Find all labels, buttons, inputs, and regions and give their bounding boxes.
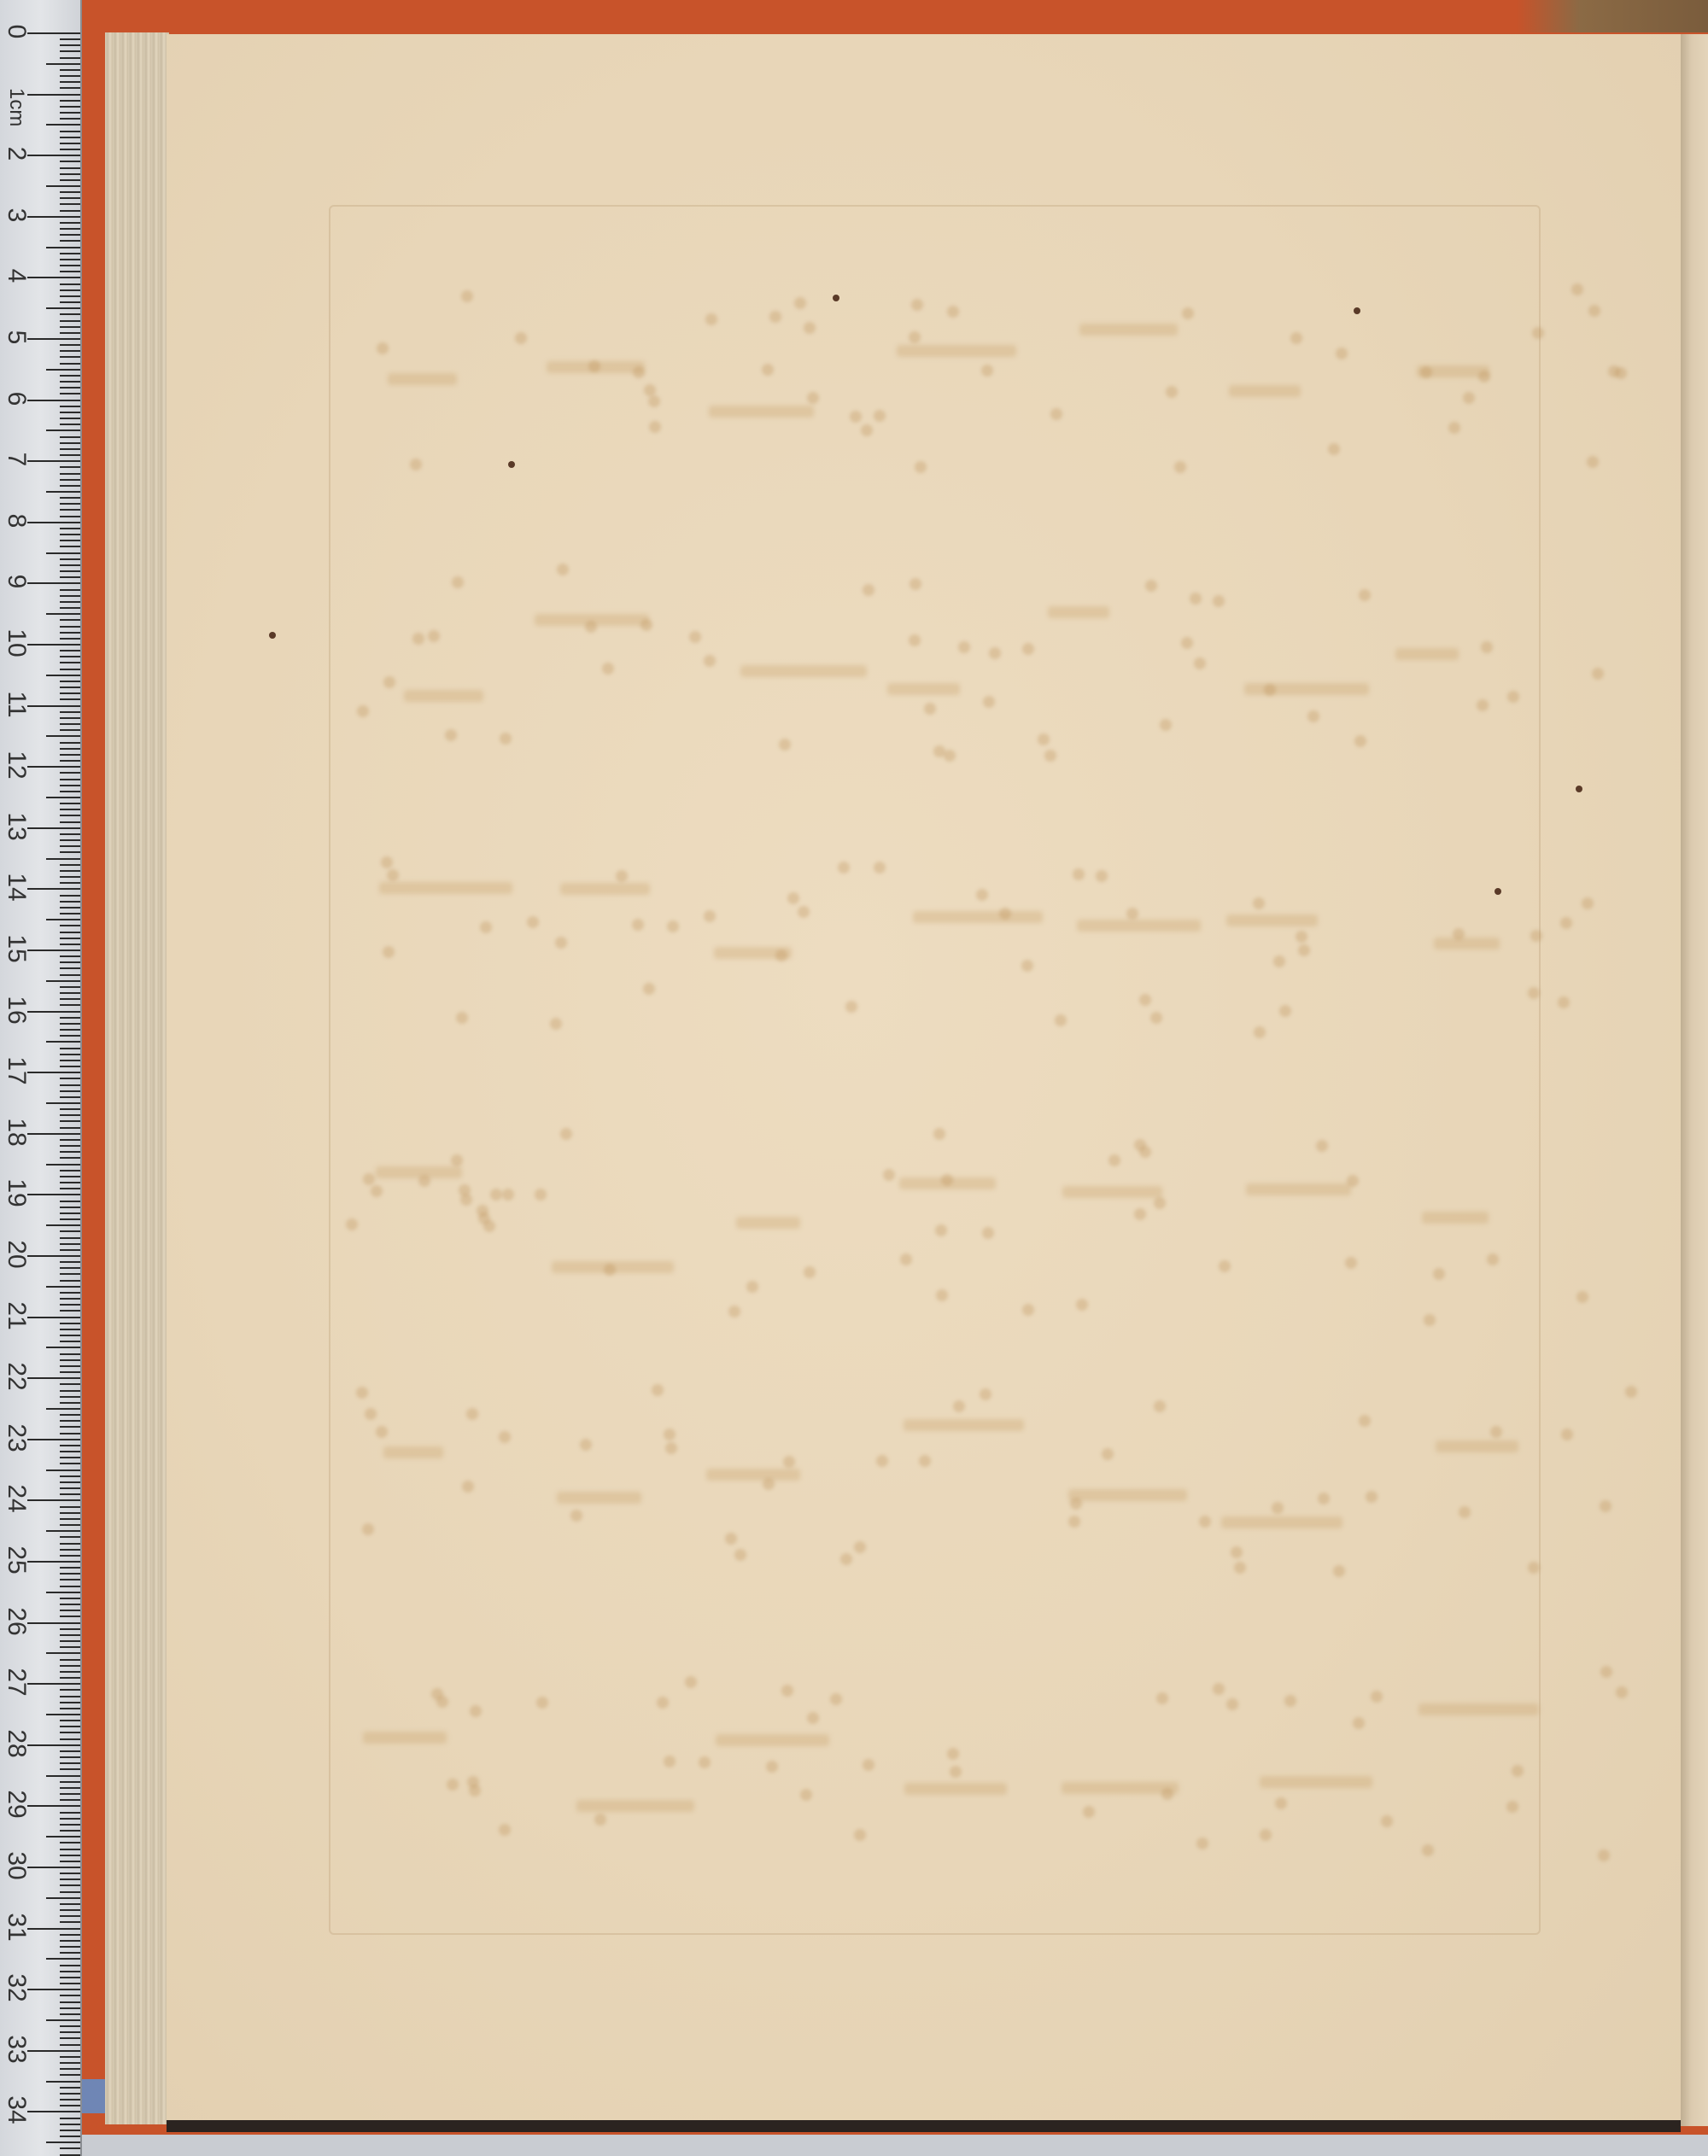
show-through-note <box>1055 1014 1067 1026</box>
ruler-tick <box>60 1084 80 1086</box>
ruler-tick <box>60 895 80 897</box>
ruler-tick <box>60 576 80 578</box>
book-cover-top-edge <box>111 0 1708 32</box>
ruler-tick <box>60 669 80 670</box>
ruler-tick <box>60 1230 80 1232</box>
show-through-note <box>1366 1491 1378 1503</box>
foxing-speck <box>1576 786 1582 792</box>
show-through-note <box>1264 684 1276 696</box>
ruler-tick <box>60 228 80 230</box>
show-through-note <box>365 1408 377 1420</box>
ruler-tick <box>60 1799 80 1801</box>
ruler-tick <box>27 460 80 462</box>
show-through-beam <box>1229 385 1301 397</box>
ruler-tick <box>46 613 80 615</box>
show-through-note <box>502 1189 514 1201</box>
ruler-tick <box>60 711 80 713</box>
ruler-tick <box>60 2099 80 2100</box>
show-through-note <box>499 1824 511 1836</box>
show-through-note <box>499 1431 511 1443</box>
ruler-tick <box>60 1995 80 1996</box>
ruler-tick <box>60 1983 80 1984</box>
show-through-note <box>412 633 424 645</box>
ruler-tick <box>27 766 80 768</box>
show-through-beam <box>576 1800 694 1812</box>
ruler-tick <box>60 1120 80 1122</box>
show-through-note <box>766 1761 778 1773</box>
ruler-tick <box>46 491 80 493</box>
ruler-tick <box>60 424 80 425</box>
ruler-tick <box>46 1469 80 1471</box>
ruler-tick <box>60 448 80 450</box>
show-through-note <box>535 1189 547 1201</box>
ruler-tick <box>60 1451 80 1452</box>
ruler-tick <box>60 564 80 566</box>
ruler-tick <box>60 1445 80 1446</box>
show-through-note <box>1453 928 1465 940</box>
ruler-tick <box>27 1561 80 1563</box>
ruler-tick <box>60 944 80 945</box>
ruler-number: 4 <box>2 261 31 290</box>
ruler-tick <box>60 1267 80 1269</box>
ruler-tick <box>27 2050 80 2052</box>
show-through-note <box>1600 1500 1611 1512</box>
ruler-tick <box>60 967 80 969</box>
show-through-note <box>1448 422 1460 434</box>
show-through-note <box>665 1442 677 1454</box>
ruler-tick <box>60 1457 80 1458</box>
ruler-tick <box>60 436 80 438</box>
show-through-note <box>657 1697 669 1709</box>
ruler-tick <box>46 1652 80 1654</box>
show-through-note <box>1530 930 1542 942</box>
ruler-tick <box>60 1812 80 1814</box>
ruler-tick <box>46 675 80 676</box>
ruler-tick <box>60 1383 80 1385</box>
show-through-beam <box>1418 1703 1539 1715</box>
ruler-tick <box>60 1536 80 1538</box>
ruler-tick <box>60 779 80 780</box>
ruler-tick <box>46 980 80 982</box>
ruler-tick <box>27 1439 80 1440</box>
show-through-note <box>1328 443 1340 455</box>
ruler-tick <box>60 864 80 866</box>
ruler-number: 25 <box>2 1545 31 1575</box>
ruler-number: 13 <box>2 812 31 841</box>
ruler-tick <box>60 748 80 750</box>
ruler-tick <box>60 1689 80 1691</box>
show-through-note <box>1068 1516 1080 1528</box>
ruler-tick <box>60 1756 80 1758</box>
show-through-note <box>1359 589 1371 601</box>
ruler-tick <box>60 961 80 963</box>
ruler-tick <box>46 1041 80 1043</box>
ruler-tick <box>46 1530 80 1532</box>
ruler-tick <box>60 692 80 694</box>
ruler-tick <box>60 1628 80 1630</box>
ruler-tick <box>60 2093 80 2095</box>
show-through-note <box>830 1693 842 1705</box>
ruler-tick <box>60 955 80 957</box>
show-through-note <box>924 703 936 715</box>
ruler-number: 5 <box>2 323 31 352</box>
ruler-tick <box>60 295 80 297</box>
show-through-note <box>1150 1012 1162 1024</box>
ruler-number: 30 <box>2 1851 31 1880</box>
ruler-tick <box>60 313 80 315</box>
ruler-tick <box>60 717 80 719</box>
ruler-number: 23 <box>2 1423 31 1452</box>
ruler-tick <box>27 1499 80 1501</box>
ruler-number: 18 <box>2 1118 31 1147</box>
ruler-number: 17 <box>2 1056 31 1085</box>
show-through-note <box>1108 1154 1120 1166</box>
ruler-tick <box>60 1273 80 1275</box>
show-through-note <box>447 1779 459 1791</box>
ruler-tick <box>46 2019 80 2021</box>
ruler-tick <box>60 839 80 841</box>
ruler-tick <box>60 137 80 138</box>
ruler-tick <box>60 601 80 603</box>
ruler-tick <box>60 2025 80 2027</box>
ruler-tick <box>27 1622 80 1624</box>
show-through-note <box>1194 657 1206 669</box>
ruler-tick <box>60 1708 80 1709</box>
ruler-tick <box>60 1696 80 1697</box>
show-through-note <box>1234 1562 1246 1574</box>
ruler-tick <box>60 1665 80 1667</box>
show-through-note <box>560 1128 572 1140</box>
ruler-tick <box>27 705 80 707</box>
show-through-note <box>787 892 799 904</box>
ruler-tick <box>60 723 80 725</box>
ruler-tick <box>60 1323 80 1324</box>
show-through-beam <box>897 345 1016 357</box>
show-through-note <box>557 564 569 576</box>
show-through-note <box>1279 1005 1291 1017</box>
show-through-note <box>909 331 921 343</box>
ruler-tick <box>27 1072 80 1073</box>
ruler-tick <box>60 466 80 468</box>
ruler-tick <box>60 851 80 853</box>
ruler-tick <box>60 2044 80 2046</box>
show-through-note <box>1096 870 1108 882</box>
ruler-tick <box>60 2136 80 2137</box>
ruler-tick <box>60 38 80 40</box>
ruler-tick <box>60 344 80 346</box>
show-through-beam <box>1079 324 1178 336</box>
show-through-note <box>376 1426 388 1438</box>
show-through-beam <box>904 1783 1008 1795</box>
ruler-tick <box>60 179 80 181</box>
show-through-beam <box>1226 914 1319 926</box>
show-through-note <box>1477 699 1489 711</box>
show-through-note <box>1625 1386 1637 1398</box>
ruler-tick <box>60 1426 80 1428</box>
ruler-number: 21 <box>2 1301 31 1330</box>
ruler-tick <box>60 1768 80 1770</box>
ruler-tick <box>60 2037 80 2039</box>
ruler-tick <box>60 1555 80 1557</box>
ruler-tick <box>60 650 80 651</box>
ruler-tick <box>60 1029 80 1031</box>
show-through-note <box>356 1387 368 1399</box>
show-through-beam <box>1068 1489 1187 1501</box>
ruler-tick <box>60 1903 80 1905</box>
show-through-note <box>900 1253 912 1265</box>
ruler-tick <box>60 393 80 394</box>
show-through-note <box>794 297 806 309</box>
ruler-number: 12 <box>2 751 31 780</box>
ruler-tick <box>27 1805 80 1807</box>
ruler-tick <box>27 949 80 951</box>
show-through-note <box>1134 1139 1146 1151</box>
show-through-beam <box>1395 648 1459 660</box>
ruler-tick <box>60 191 80 193</box>
ruler-tick <box>46 307 80 309</box>
ruler-tick <box>46 1224 80 1226</box>
ruler-tick <box>60 1512 80 1514</box>
show-through-note <box>1253 897 1265 909</box>
ruler-tick <box>60 1054 80 1055</box>
ruler-tick <box>60 1365 80 1367</box>
ruler-tick <box>60 1017 80 1019</box>
ruler-tick <box>60 1176 80 1177</box>
show-through-note <box>685 1676 697 1688</box>
show-through-beam <box>363 1732 447 1744</box>
show-through-note <box>983 696 995 708</box>
ruler-tick <box>60 253 80 254</box>
ruler-tick <box>60 1952 80 1954</box>
ruler-tick <box>60 1732 80 1733</box>
ruler-tick <box>60 1201 80 1202</box>
ruler-number: 34 <box>2 2095 31 2124</box>
ruler-tick <box>60 454 80 456</box>
show-through-note <box>588 360 600 372</box>
ruler-tick <box>60 1249 80 1251</box>
ruler-tick <box>60 112 80 114</box>
ruler-tick <box>60 283 80 285</box>
ruler-tick <box>60 87 80 89</box>
ruler-tick <box>60 1738 80 1740</box>
foxing-speck <box>1494 888 1501 895</box>
measuring-ruler: 01cm234567891011121314151617181920212223… <box>0 0 82 2156</box>
ruler-tick <box>60 1280 80 1282</box>
ruler-tick <box>60 2154 80 2156</box>
ruler-tick <box>60 1035 80 1037</box>
ruler-tick <box>60 1078 80 1079</box>
ruler-tick <box>46 1164 80 1166</box>
ruler-tick <box>60 203 80 205</box>
ruler-tick <box>60 760 80 762</box>
ruler-number: 32 <box>2 1973 31 2002</box>
ruler-tick <box>60 2001 80 2003</box>
ruler-tick <box>60 375 80 377</box>
ruler-tick <box>46 1775 80 1777</box>
ruler-tick <box>60 442 80 444</box>
ruler-tick <box>60 1475 80 1477</box>
show-through-note <box>652 1384 664 1396</box>
ruler-tick <box>60 356 80 358</box>
blank-page <box>167 34 1681 2120</box>
show-through-note <box>689 631 701 643</box>
ruler-tick <box>60 1726 80 1727</box>
ruler-tick <box>60 1066 80 1067</box>
show-through-note <box>1199 1516 1211 1528</box>
show-through-note <box>1213 1683 1225 1695</box>
ruler-tick <box>60 1781 80 1783</box>
show-through-note <box>1433 1268 1445 1280</box>
ruler-tick <box>27 1683 80 1685</box>
ruler-tick <box>60 2031 80 2033</box>
show-through-note <box>1021 960 1033 972</box>
ruler-tick <box>60 1702 80 1703</box>
ruler-number: 2 <box>2 139 31 168</box>
show-through-note <box>1139 994 1151 1006</box>
show-through-note <box>1154 1197 1166 1209</box>
ruler-tick <box>27 644 80 646</box>
ruler-tick <box>60 50 80 52</box>
show-through-beam <box>1221 1516 1342 1528</box>
ruler-number: 11 <box>2 690 31 719</box>
ruler-tick <box>60 1390 80 1392</box>
show-through-note <box>1371 1691 1383 1703</box>
ruler-tick <box>60 57 80 59</box>
ruler-tick <box>60 197 80 199</box>
ruler-number: 29 <box>2 1790 31 1819</box>
ruler-tick <box>46 1408 80 1410</box>
ruler-tick <box>46 1102 80 1104</box>
show-through-beam <box>913 911 1043 923</box>
ruler-tick <box>60 2118 80 2119</box>
show-through-note <box>1615 367 1627 379</box>
ruler-tick <box>46 185 80 187</box>
show-through-note <box>1598 1849 1610 1861</box>
show-through-note <box>1587 456 1599 468</box>
ruler-tick <box>60 1218 80 1220</box>
ruler-tick <box>27 1133 80 1135</box>
ruler-tick <box>60 265 80 266</box>
ruler-tick <box>60 986 80 988</box>
ruler-tick <box>60 387 80 389</box>
ruler-tick <box>60 2105 80 2106</box>
show-through-note <box>470 1705 482 1717</box>
ruler-tick <box>60 2013 80 2015</box>
ruler-tick <box>60 131 80 132</box>
show-through-note <box>769 311 781 323</box>
ruler-tick <box>60 1855 80 1856</box>
ruler-tick <box>60 1108 80 1110</box>
ruler-tick <box>60 1433 80 1434</box>
show-through-note <box>632 919 644 931</box>
show-through-beam <box>706 1469 800 1481</box>
show-through-note <box>800 1789 812 1801</box>
ruler-tick <box>60 656 80 657</box>
ruler-tick <box>60 2068 80 2070</box>
ruler-tick <box>60 1586 80 1587</box>
ruler-tick <box>60 870 80 872</box>
ruler-tick <box>60 1237 80 1239</box>
ruler-tick <box>46 1897 80 1899</box>
show-through-beam <box>557 1492 641 1504</box>
ruler-tick <box>60 1145 80 1147</box>
ruler-tick <box>60 998 80 1000</box>
show-through-note <box>1582 897 1594 909</box>
ruler-tick <box>46 124 80 126</box>
ruler-tick <box>60 1793 80 1795</box>
ruler-tick <box>27 400 80 401</box>
ruler-tick <box>46 1958 80 1960</box>
show-through-note <box>371 1185 383 1197</box>
show-through-note <box>950 1766 962 1778</box>
ruler-tick <box>27 1928 80 1930</box>
ruler-tick <box>60 100 80 102</box>
ruler-tick <box>60 925 80 926</box>
show-through-note <box>910 578 921 590</box>
ruler-tick <box>60 1188 80 1189</box>
show-through-note <box>1616 1686 1628 1698</box>
show-through-beam <box>404 690 484 702</box>
ruler-tick <box>60 1965 80 1966</box>
foxing-speck <box>833 295 839 301</box>
show-through-note <box>845 1001 857 1013</box>
show-through-note <box>704 910 716 922</box>
show-through-beam <box>740 665 867 677</box>
ruler-tick <box>60 326 80 328</box>
ruler-tick <box>27 522 80 523</box>
ruler-tick <box>60 516 80 517</box>
ruler-tick <box>60 289 80 291</box>
show-through-beam <box>379 882 512 894</box>
ruler-tick <box>46 1592 80 1593</box>
ruler-tick <box>27 827 80 829</box>
ruler-tick <box>60 626 80 628</box>
facing-page-gutter <box>1681 34 1708 2126</box>
show-through-note <box>804 1266 816 1278</box>
ruler-tick <box>46 1347 80 1348</box>
ruler-tick <box>60 1170 80 1171</box>
ruler-tick <box>27 1255 80 1257</box>
ruler-tick <box>60 1524 80 1526</box>
ruler-tick <box>60 1420 80 1422</box>
show-through-note <box>746 1281 758 1293</box>
ruler-tick <box>60 363 80 365</box>
ruler-tick <box>60 167 80 169</box>
ruler-tick <box>60 821 80 823</box>
ruler-tick <box>60 1518 80 1520</box>
ruler-tick <box>60 1884 80 1886</box>
ruler-tick <box>46 63 80 65</box>
ruler-number: 22 <box>2 1362 31 1391</box>
ruler-tick <box>46 247 80 248</box>
show-through-note <box>1576 1291 1588 1303</box>
ruler-tick <box>27 582 80 584</box>
ruler-tick <box>60 1762 80 1764</box>
show-through-note <box>728 1306 740 1318</box>
ruler-tick <box>60 540 80 541</box>
show-through-beam <box>1062 1186 1162 1198</box>
ruler-tick <box>60 1402 80 1404</box>
ruler-tick <box>60 1720 80 1721</box>
show-through-beam <box>1422 1212 1489 1224</box>
show-through-beam <box>709 406 814 418</box>
show-through-note <box>1592 668 1604 680</box>
ruler-tick <box>46 919 80 920</box>
ruler-tick <box>60 1261 80 1263</box>
ruler-tick <box>60 901 80 903</box>
ruler-tick <box>46 369 80 371</box>
ruler-number: 8 <box>2 506 31 535</box>
